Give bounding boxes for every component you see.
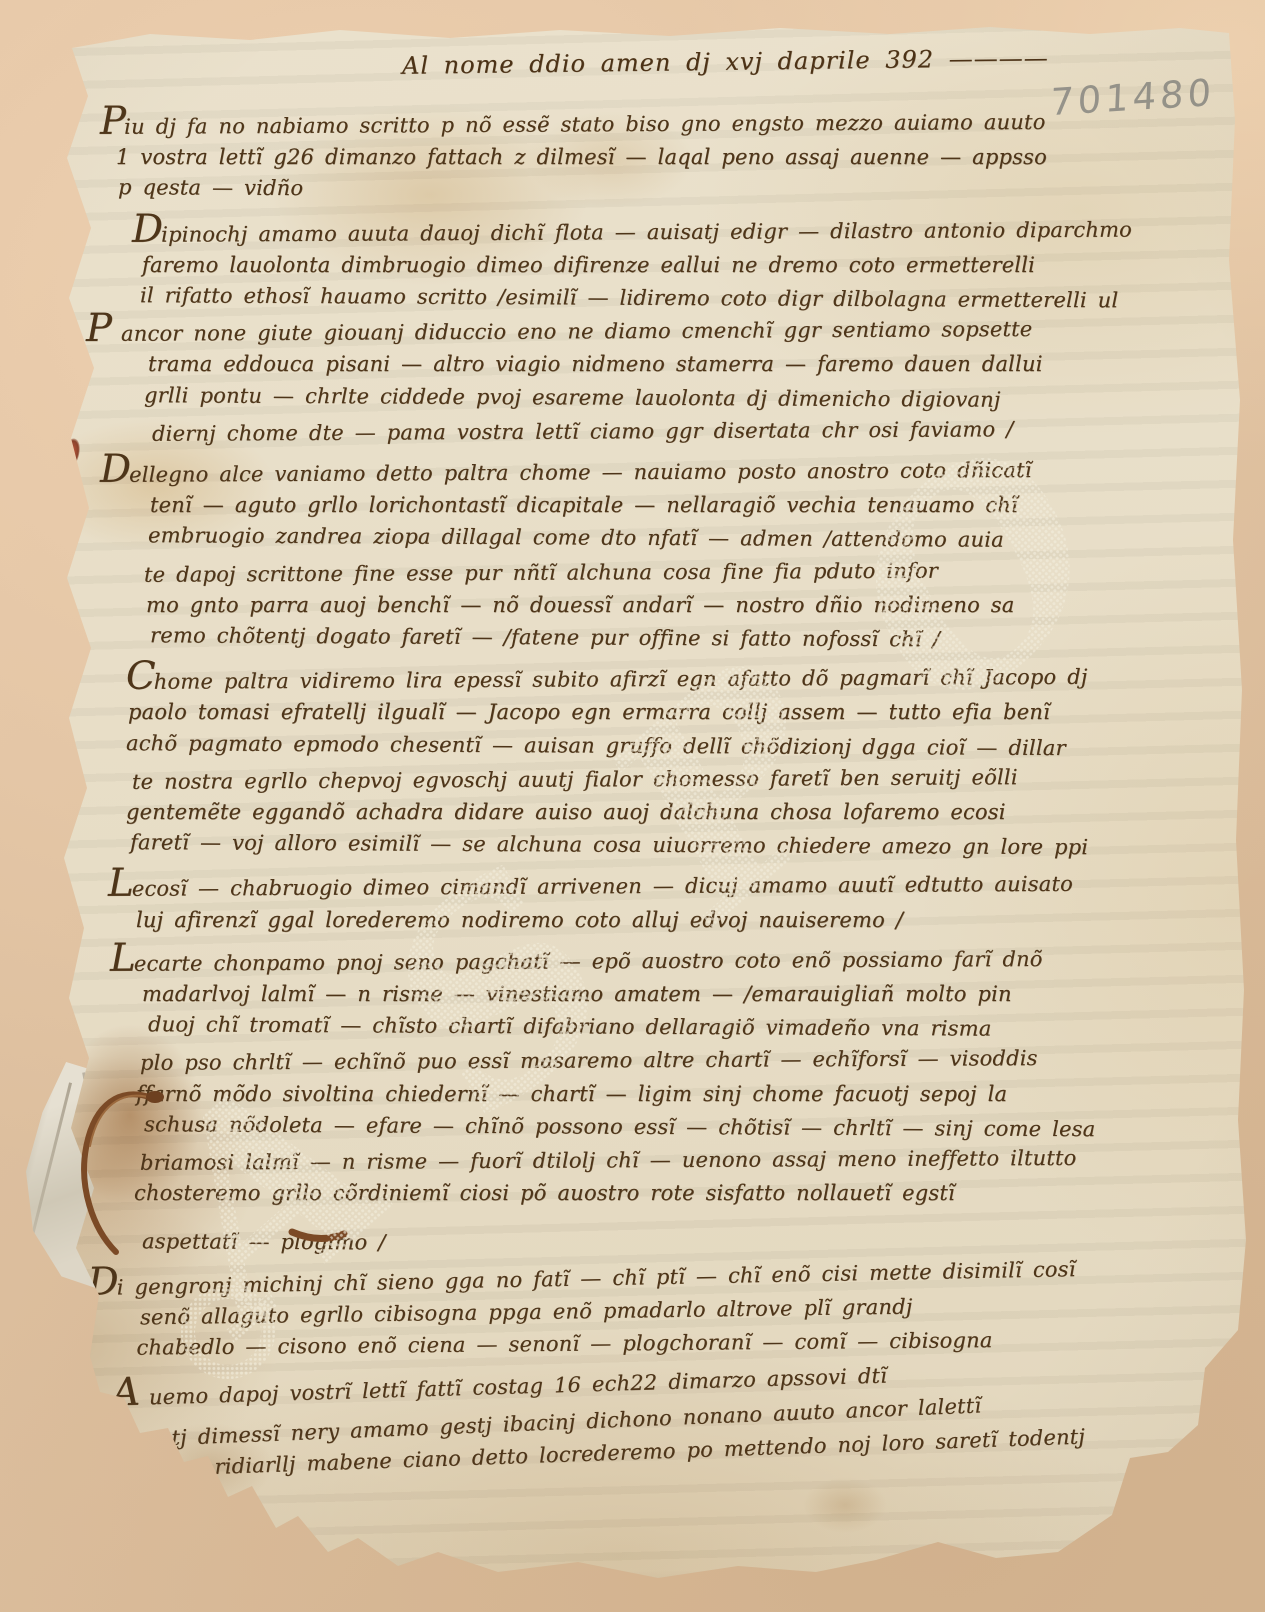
- manuscript-body: Piu dj fa no nabiamo scritto p nõ essẽ s…: [96, 108, 1214, 1496]
- manuscript-line: Dipinochj amamo auuta dauoj dichĩ flota …: [132, 213, 1214, 252]
- manuscript-line: Dellegno alce vaniamo detto paltra chome…: [100, 453, 1214, 492]
- paragraph: Dellegno alce vaniamo detto paltra chome…: [96, 456, 1214, 655]
- manuscript-line: tenĩ — aguto grllo lorichontastĩ dicapit…: [150, 489, 1214, 522]
- manuscript-line: faretĩ — voj alloro esimilĩ — se alchuna…: [130, 826, 1214, 865]
- manuscript-line: 1 vostra lettĩ g26 dimanzo fattach z dil…: [116, 141, 1214, 174]
- manuscript-line: madarlvoj lalmĩ — n risme — vinestiamo a…: [142, 978, 1214, 1011]
- manuscript-line: trama eddouca pisani — altro viagio nidm…: [148, 348, 1214, 381]
- manuscript-line: embruogio zandrea ziopa dillagal come dt…: [148, 520, 1214, 559]
- manuscript-line: Lecosĩ — chabruogio dimeo cimandĩ arrive…: [108, 868, 1214, 907]
- manuscript-line: paolo tomasi efratellj ilgualĩ — Jacopo …: [128, 696, 1214, 729]
- manuscript-line: briamosi lalmĩ — n risme — fuorĩ dtilolj…: [140, 1141, 1214, 1180]
- tag-crease: [25, 1083, 72, 1261]
- paragraph: Piu dj fa no nabiamo scritto p nõ essẽ s…: [96, 108, 1214, 208]
- wax-seal-spot: [58, 436, 83, 471]
- paper-sheet: Al nome ddio amen dj xvj daprile 392 ———…: [0, 0, 1265, 1612]
- manuscript-line: Chome paltra vidiremo lira epessĩ subito…: [126, 660, 1214, 699]
- manuscript-line: P ancor none giute giouanj diduccio eno …: [86, 312, 1214, 351]
- manuscript-line: chosteremo grllo cõrdiniemĩ ciosi põ auo…: [134, 1177, 1214, 1210]
- manuscript-line: ffarnõ mõdo sivoltina chiedernĩ — chartĩ…: [136, 1078, 1214, 1111]
- manuscript-line: faremo lauolonta dimbruogio dimeo difire…: [142, 249, 1214, 282]
- paragraph: Dipinochj amamo auuta dauoj dichĩ flota …: [96, 216, 1214, 448]
- manuscript-line: Piu dj fa no nabiamo scritto p nõ essẽ s…: [100, 105, 1214, 144]
- manuscript-line: te dapoj scrittone fine esse pur nñtĩ al…: [144, 553, 1214, 592]
- paragraph: Chome paltra vidiremo lira epessĩ subito…: [96, 663, 1214, 862]
- manuscript-line: grlli pontu — chrlte ciddede pvoj esarem…: [144, 379, 1214, 418]
- manuscript-line: achõ pagmato epmodo chesentĩ — auisan gr…: [126, 727, 1214, 766]
- dateline: Al nome ddio amen dj xvj daprile 392 ———…: [402, 44, 1022, 80]
- paragraph: Lecosĩ — chabruogio dimeo cimandĩ arrive…: [96, 870, 1214, 936]
- paragraph: Lecarte chonpamo pnoj seno pagchatĩ — ep…: [96, 945, 1214, 1261]
- manuscript-line: diernj chome dte — pama vostra lettĩ cia…: [152, 412, 1214, 451]
- paragraph: Di gengronj michinj chĩ sieno gga no fat…: [95, 1253, 1214, 1368]
- manuscript-line: te nostra egrllo chepvoj egvoschj auutj …: [132, 760, 1214, 799]
- manuscript-line: p qesta — vidño: [118, 172, 1214, 211]
- manuscript-scan: Al nome ddio amen dj xvj daprile 392 ———…: [0, 0, 1265, 1612]
- manuscript-line: plo pso chrltĩ — echĩnõ puo essĩ masarem…: [140, 1042, 1214, 1081]
- manuscript-line: luj afirenzĩ ggal lorederemo nodiremo co…: [136, 904, 1214, 937]
- manuscript-line: gentemẽte eggandõ achadra didare auiso a…: [126, 796, 1214, 829]
- manuscript-line: Lecarte chonpamo pnoj seno pagchatĩ — ep…: [110, 942, 1214, 981]
- manuscript-line: mo gnto parra auoj benchĩ — nõ douessĩ a…: [146, 589, 1214, 622]
- manuscript-line: remo chõtentj dogato faretĩ — /fatene pu…: [150, 619, 1214, 658]
